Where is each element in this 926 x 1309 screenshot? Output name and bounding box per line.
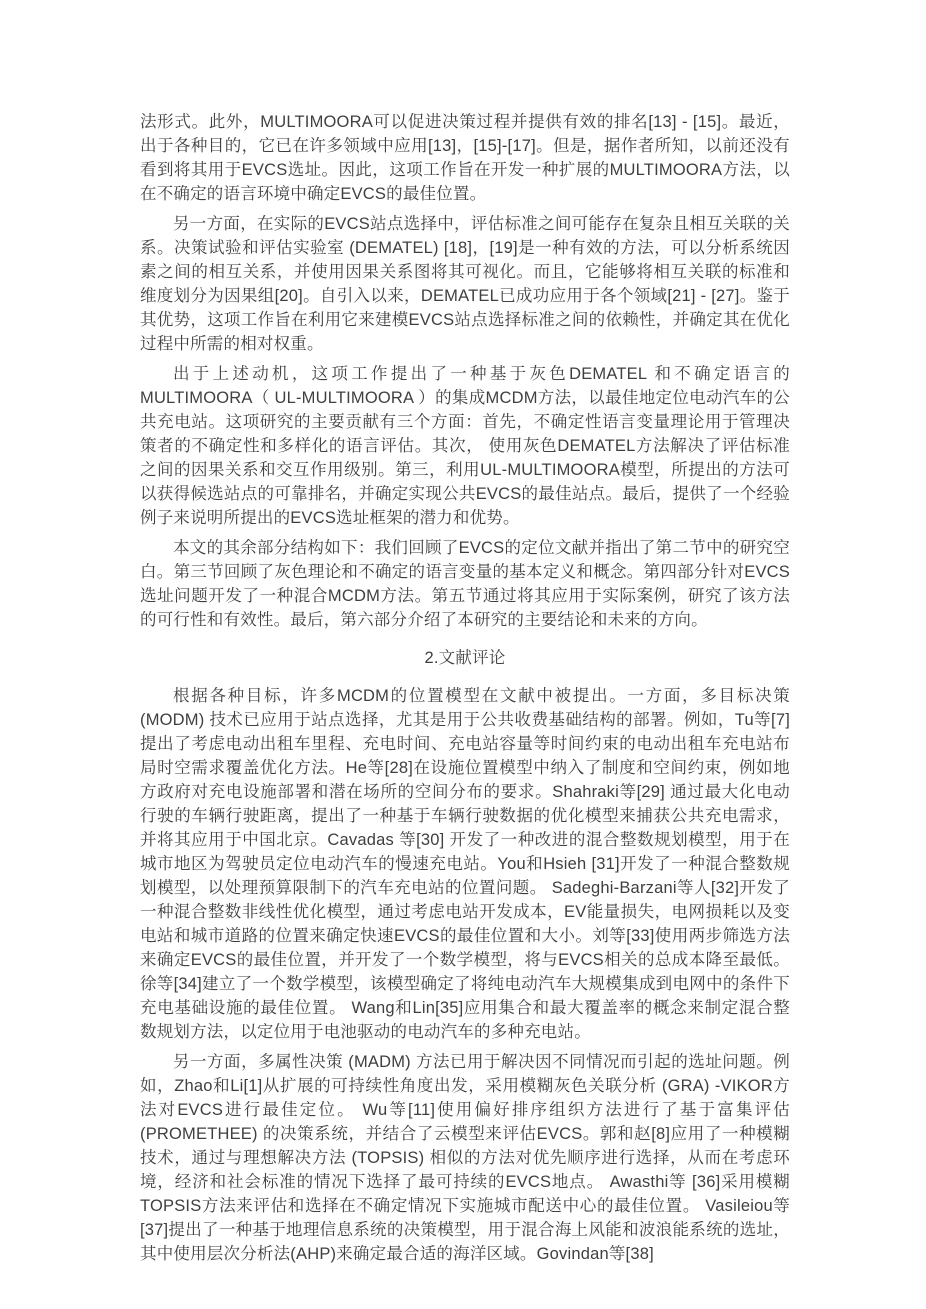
section-heading-literature-review: 2.文献评论 bbox=[140, 646, 790, 670]
text-column: 法形式。此外，MULTIMOORA可以促进决策过程并提供有效的排名[13] - … bbox=[140, 110, 790, 1272]
paragraph-dematel-intro: 另一方面，在实际的EVCS站点选择中，评估标准之间可能存在复杂且相互关联的关系。… bbox=[140, 212, 790, 356]
paragraph-madm-literature: 另一方面，多属性决策 (MADM) 方法已用于解决因不同情况而引起的选址问题。例… bbox=[140, 1050, 790, 1266]
paragraph-continuation: 法形式。此外，MULTIMOORA可以促进决策过程并提供有效的排名[13] - … bbox=[140, 110, 790, 206]
paragraph-modm-literature: 根据各种目标，许多MCDM的位置模型在文献中被提出。一方面，多目标决策 (MOD… bbox=[140, 684, 790, 1044]
document-page: 法形式。此外，MULTIMOORA可以促进决策过程并提供有效的排名[13] - … bbox=[0, 0, 926, 1309]
paragraph-structure-overview: 本文的其余部分结构如下：我们回顾了EVCS的定位文献并指出了第二节中的研究空白。… bbox=[140, 536, 790, 632]
paragraph-motivation-contributions: 出于上述动机，这项工作提出了一种基于灰色DEMATEL 和不确定语言的MULTI… bbox=[140, 362, 790, 530]
